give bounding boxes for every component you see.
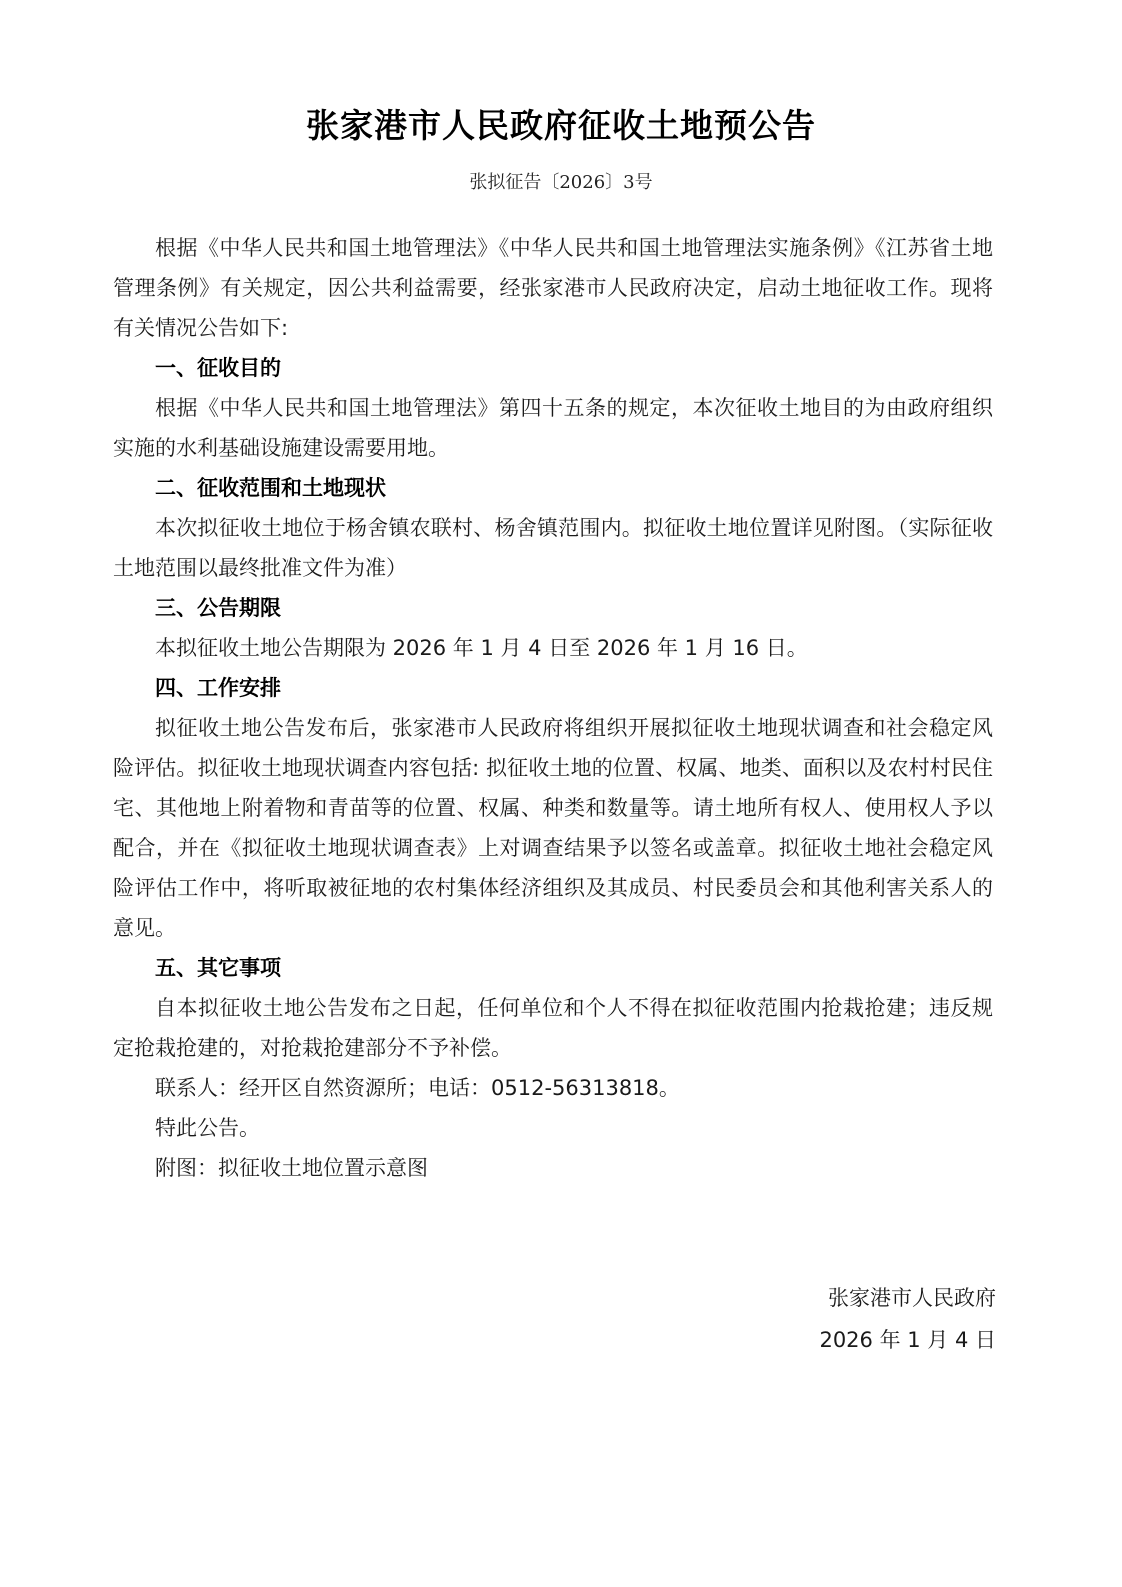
section-heading-other: 五、其它事项 [113, 948, 993, 988]
issuer-name: 张家港市人民政府 [819, 1277, 996, 1319]
section-heading-arrangement: 四、工作安排 [113, 668, 993, 708]
section-paragraph-arrangement: 拟征收土地公告发布后，张家港市人民政府将组织开展拟征收土地现状调查和社会稳定风险… [113, 708, 993, 948]
closing-line: 特此公告。 [113, 1108, 993, 1148]
section-paragraph-scope: 本次拟征收土地位于杨舍镇农联村、杨舍镇范围内。拟征收土地位置详见附图。（实际征收… [113, 508, 993, 588]
document-number: 张拟征告〔2026〕3号 [0, 168, 1122, 194]
section-paragraph-other: 自本拟征收土地公告发布之日起，任何单位和个人不得在拟征收范围内抢栽抢建；违反规定… [113, 988, 993, 1068]
section-heading-purpose: 一、征收目的 [113, 348, 993, 388]
document-page: 张家港市人民政府征收土地预公告 张拟征告〔2026〕3号 根据《中华人民共和国土… [0, 0, 1122, 1587]
issue-date: 2026 年 1 月 4 日 [819, 1319, 996, 1361]
section-paragraph-period: 本拟征收土地公告期限为 2026 年 1 月 4 日至 2026 年 1 月 1… [113, 628, 993, 668]
attachment-line: 附图：拟征收土地位置示意图 [113, 1148, 993, 1188]
document-title: 张家港市人民政府征收土地预公告 [0, 100, 1122, 147]
signature-block: 张家港市人民政府 2026 年 1 月 4 日 [819, 1277, 996, 1361]
section-heading-scope: 二、征收范围和土地现状 [113, 468, 993, 508]
document-body: 根据《中华人民共和国土地管理法》《中华人民共和国土地管理法实施条例》《江苏省土地… [113, 228, 993, 1188]
section-heading-period: 三、公告期限 [113, 588, 993, 628]
intro-paragraph: 根据《中华人民共和国土地管理法》《中华人民共和国土地管理法实施条例》《江苏省土地… [113, 228, 993, 348]
section-paragraph-purpose: 根据《中华人民共和国土地管理法》第四十五条的规定，本次征收土地目的为由政府组织实… [113, 388, 993, 468]
contact-line: 联系人：经开区自然资源所；电话：0512-56313818。 [113, 1068, 993, 1108]
